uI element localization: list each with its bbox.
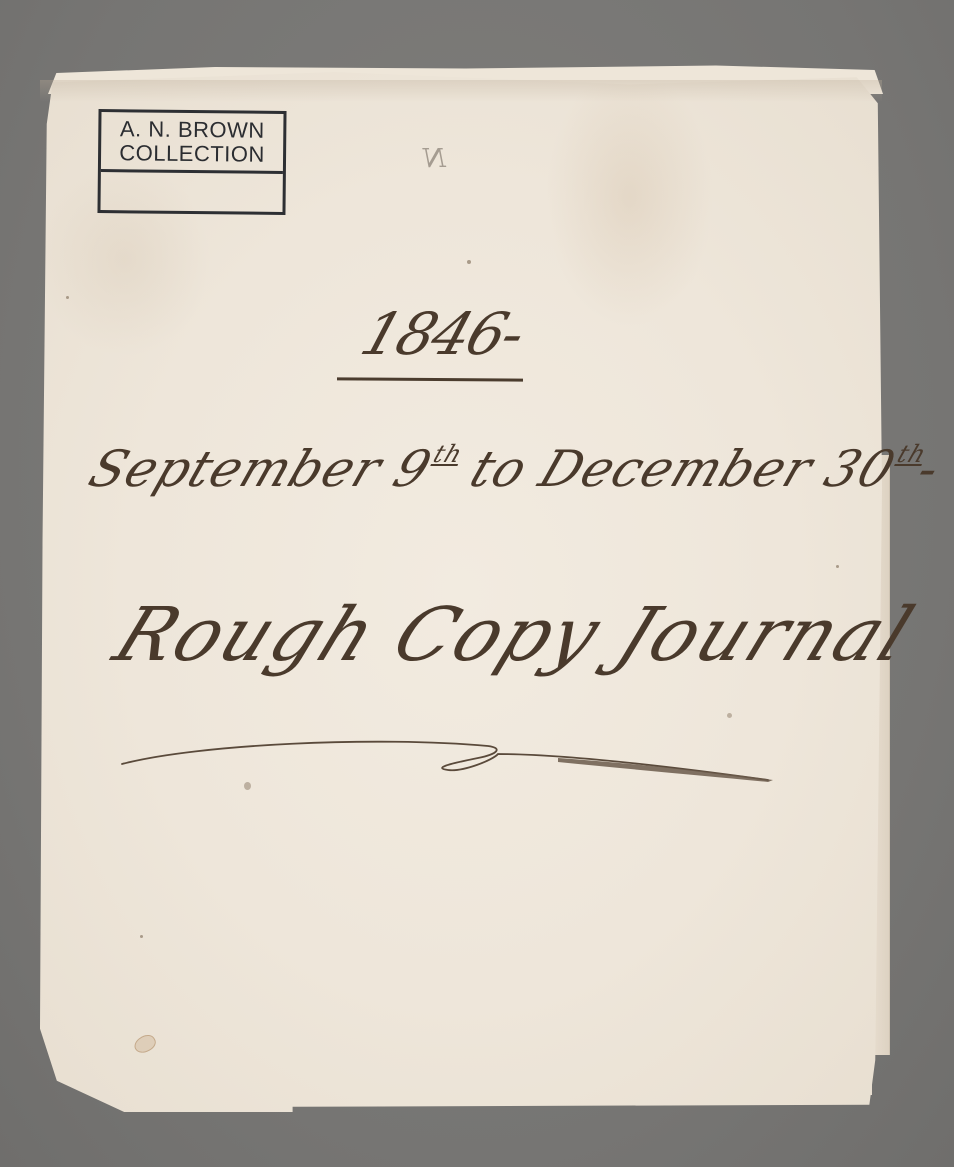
start-month: September (81, 440, 390, 498)
paper-speck (836, 565, 839, 568)
journal-title: Rough Copy Journal (103, 592, 927, 678)
paper-speck (467, 260, 471, 264)
pencil-mark: N (423, 144, 446, 174)
collection-stamp: A. N. BROWN COLLECTION (97, 109, 286, 215)
date-range: September 9th to December 30th- (81, 440, 948, 498)
start-day: 9 (386, 440, 440, 498)
year-heading: 1846- (353, 300, 532, 368)
stamp-label-area: A. N. BROWN COLLECTION (101, 112, 284, 174)
flourish-underline (118, 730, 798, 790)
end-day: 30 (817, 440, 904, 498)
date-connector: to (463, 440, 536, 498)
paper-speck (727, 713, 732, 718)
paper-speck (66, 296, 69, 299)
paper-speck (140, 935, 143, 938)
stamp-line-1: A. N. BROWN (120, 117, 265, 143)
scan-background: A. N. BROWN COLLECTION N 1846- September… (0, 0, 954, 1167)
top-fold-shadow (40, 80, 882, 102)
stamp-line-2: COLLECTION (119, 141, 265, 167)
end-month: December (532, 440, 821, 498)
